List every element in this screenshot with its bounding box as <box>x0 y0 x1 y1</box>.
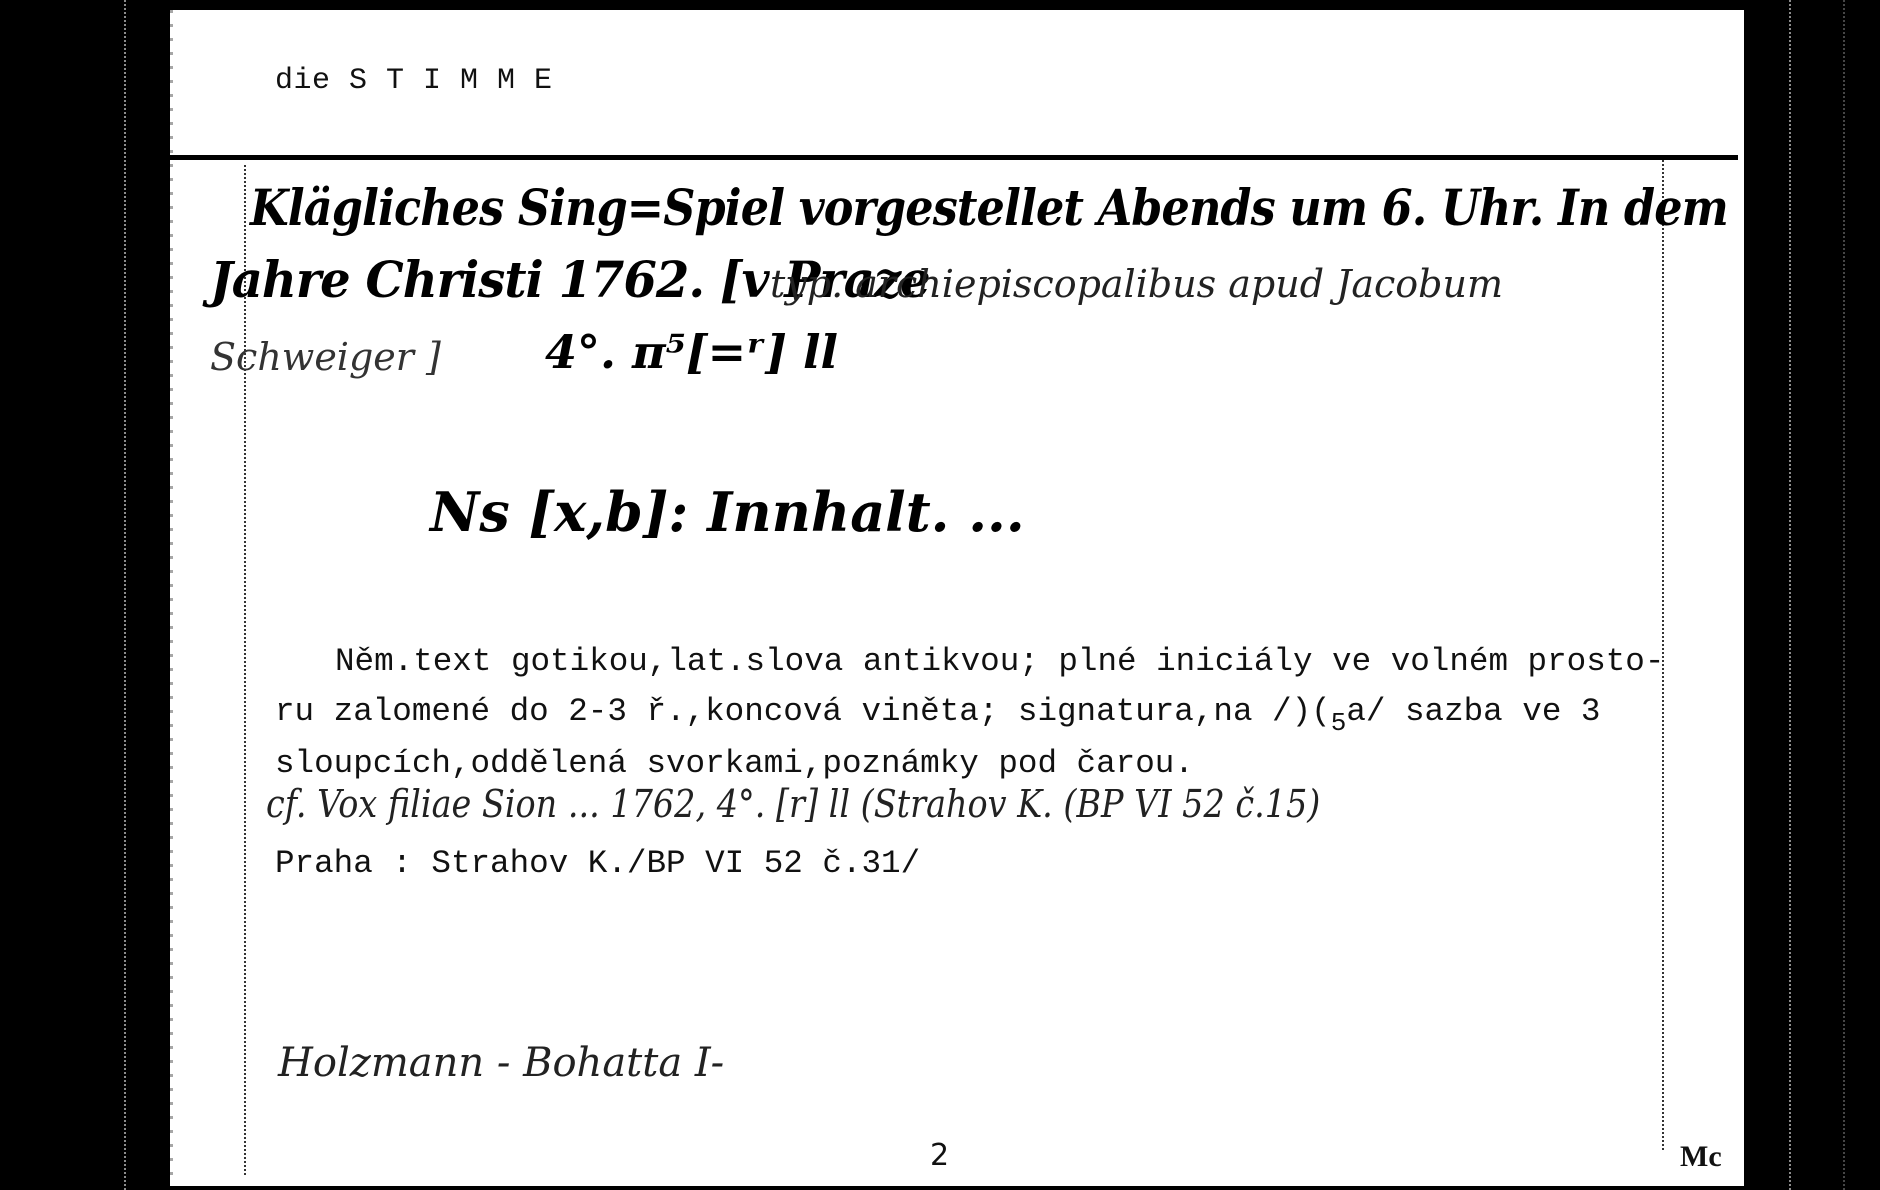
manuscript-title-line-1: Klägliches Sing=Spiel vorgestellet Abend… <box>250 178 1728 237</box>
signature-subscript: 5 <box>1331 708 1347 738</box>
author-reference: Holzmann - Bohatta I- <box>278 1040 724 1086</box>
cross-reference: cf. Vox filiae Sion ... 1762, 4°. [r] ll… <box>266 782 1320 826</box>
catalog-card: die S T I M M E Klägliches Sing=Spiel vo… <box>170 10 1744 1186</box>
description-line-1: Něm.text gotikou,lat.slova antikvou; pln… <box>335 646 1664 679</box>
collation-formula: 4°. π⁵[=ʳ] ll <box>545 325 838 379</box>
description-line-3: sloupcích,oddělená svorkami,poznámky pod… <box>275 748 1194 781</box>
left-margin-dotted-line <box>244 165 246 1175</box>
cataloger-initials: Mc <box>1680 1140 1722 1174</box>
imprint-note-line-2: typ. archiepiscopalibus apud Jacobum <box>770 262 1503 306</box>
card-heading: die S T I M M E <box>275 64 553 98</box>
scan-margin-dots-right-1 <box>1789 0 1791 1190</box>
scan-margin-dots-right-2 <box>1843 0 1845 1190</box>
imprint-note-line-3: Schweiger ] <box>210 335 441 379</box>
location-shelfmark: Praha : Strahov K./BP VI 52 č.31/ <box>275 848 920 881</box>
incipit: Ns [x,b]: Innhalt. ... <box>430 480 1025 544</box>
card-edge <box>170 10 173 1186</box>
heading-rule <box>170 155 1738 160</box>
description-line-2: ru zalomené do 2-3 ř.,koncová viněta; si… <box>275 696 1600 729</box>
scan-margin-dots-left <box>124 0 126 1190</box>
description-line-2-start: ru zalomené do 2-3 ř.,koncová viněta; si… <box>275 693 1331 730</box>
description-line-2-end: a/ sazba ve 3 <box>1346 693 1600 730</box>
page-number: 2 <box>930 1138 949 1173</box>
